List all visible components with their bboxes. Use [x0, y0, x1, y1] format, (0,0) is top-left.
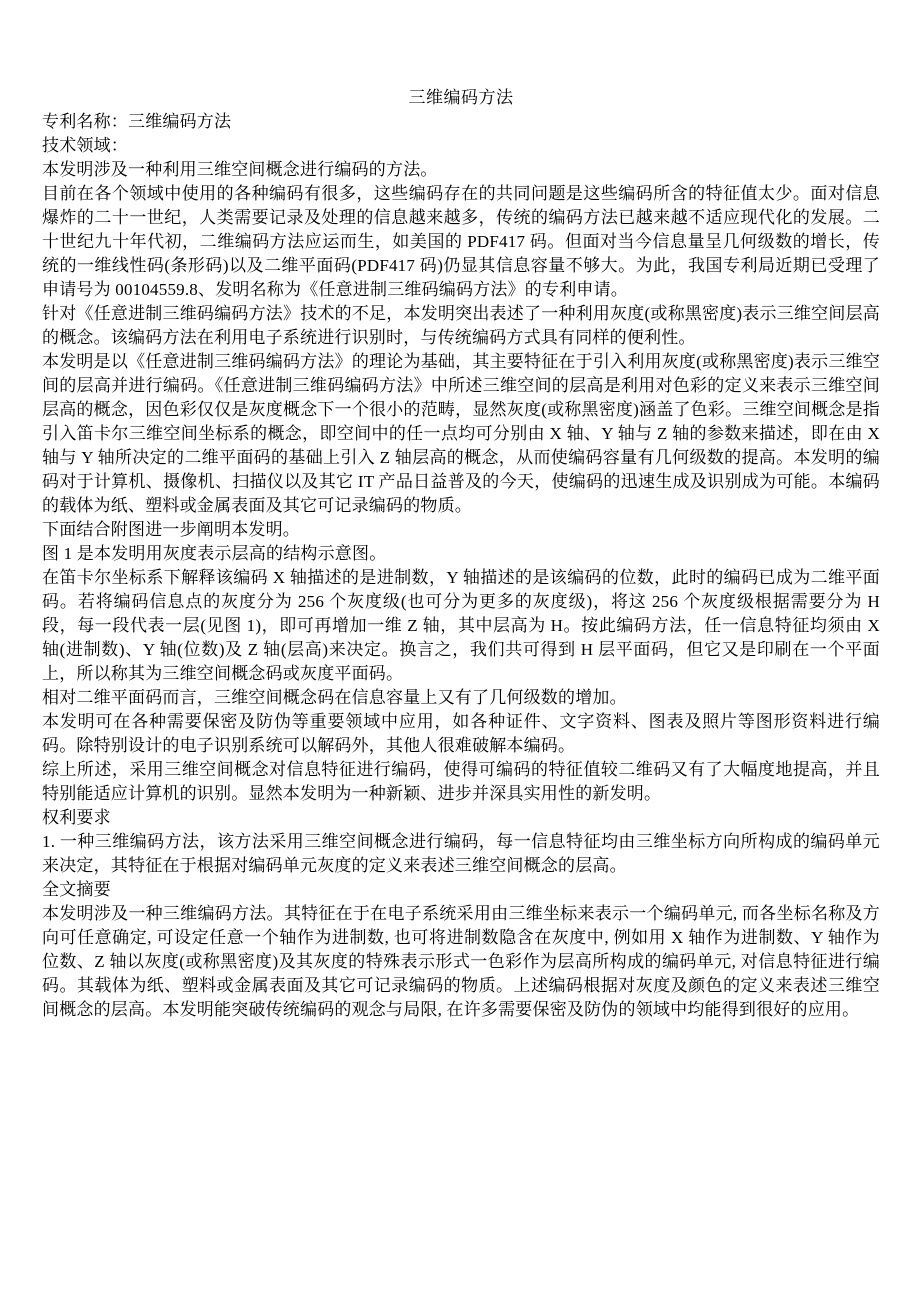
claim-1-text: 1. 一种三维编码方法，该方法采用三维空间概念进行编码，每一信息特征均由三维坐标… [42, 830, 880, 878]
technical-field-text: 本发明涉及一种利用三维空间概念进行编码的方法。 [42, 158, 880, 182]
conclusion-paragraph: 综上所述，采用三维空间概念对信息特征进行编码，使得可编码的特征值较二维码又有了大… [42, 758, 880, 806]
patent-document-page: 三维编码方法 专利名称：三维编码方法 技术领域： 本发明涉及一种利用三维空间概念… [0, 0, 920, 1302]
background-paragraph: 目前在各个领域中使用的各种编码有很多，这些编码存在的共同问题是这些编码所含的特征… [42, 182, 880, 302]
capacity-comparison-line: 相对二维平面码而言，三维空间概念码在信息容量上又有了几何级数的增加。 [42, 686, 880, 710]
applications-paragraph: 本发明可在各种需要保密及防伪等重要领域中应用，如各种证件、文字资料、图表及照片等… [42, 710, 880, 758]
document-content: 三维编码方法 专利名称：三维编码方法 技术领域： 本发明涉及一种利用三维空间概念… [42, 86, 880, 1022]
claims-heading: 权利要求 [42, 806, 880, 830]
encoding-method-paragraph: 在笛卡尔坐标系下解释该编码 X 轴描述的是进制数，Y 轴描述的是该编码的位数，此… [42, 566, 880, 686]
technical-field-heading: 技术领域： [42, 134, 880, 158]
document-title: 三维编码方法 [42, 86, 880, 110]
abstract-heading: 全文摘要 [42, 878, 880, 902]
figures-intro-line: 下面结合附图进一步阐明本发明。 [42, 518, 880, 542]
figure-1-caption-line: 图 1 是本发明用灰度表示层高的结构示意图。 [42, 542, 880, 566]
patent-name-line: 专利名称：三维编码方法 [42, 110, 880, 134]
invention-detail-paragraph: 本发明是以《任意进制三维码编码方法》的理论为基础，其主要特征在于引入利用灰度(或… [42, 350, 880, 518]
abstract-text: 本发明涉及一种三维编码方法。其特征在于在电子系统采用由三维坐标来表示一个编码单元… [42, 902, 880, 1022]
invention-overview-paragraph: 针对《任意进制三维码编码方法》技术的不足，本发明突出表述了一种利用灰度(或称黑密… [42, 302, 880, 350]
